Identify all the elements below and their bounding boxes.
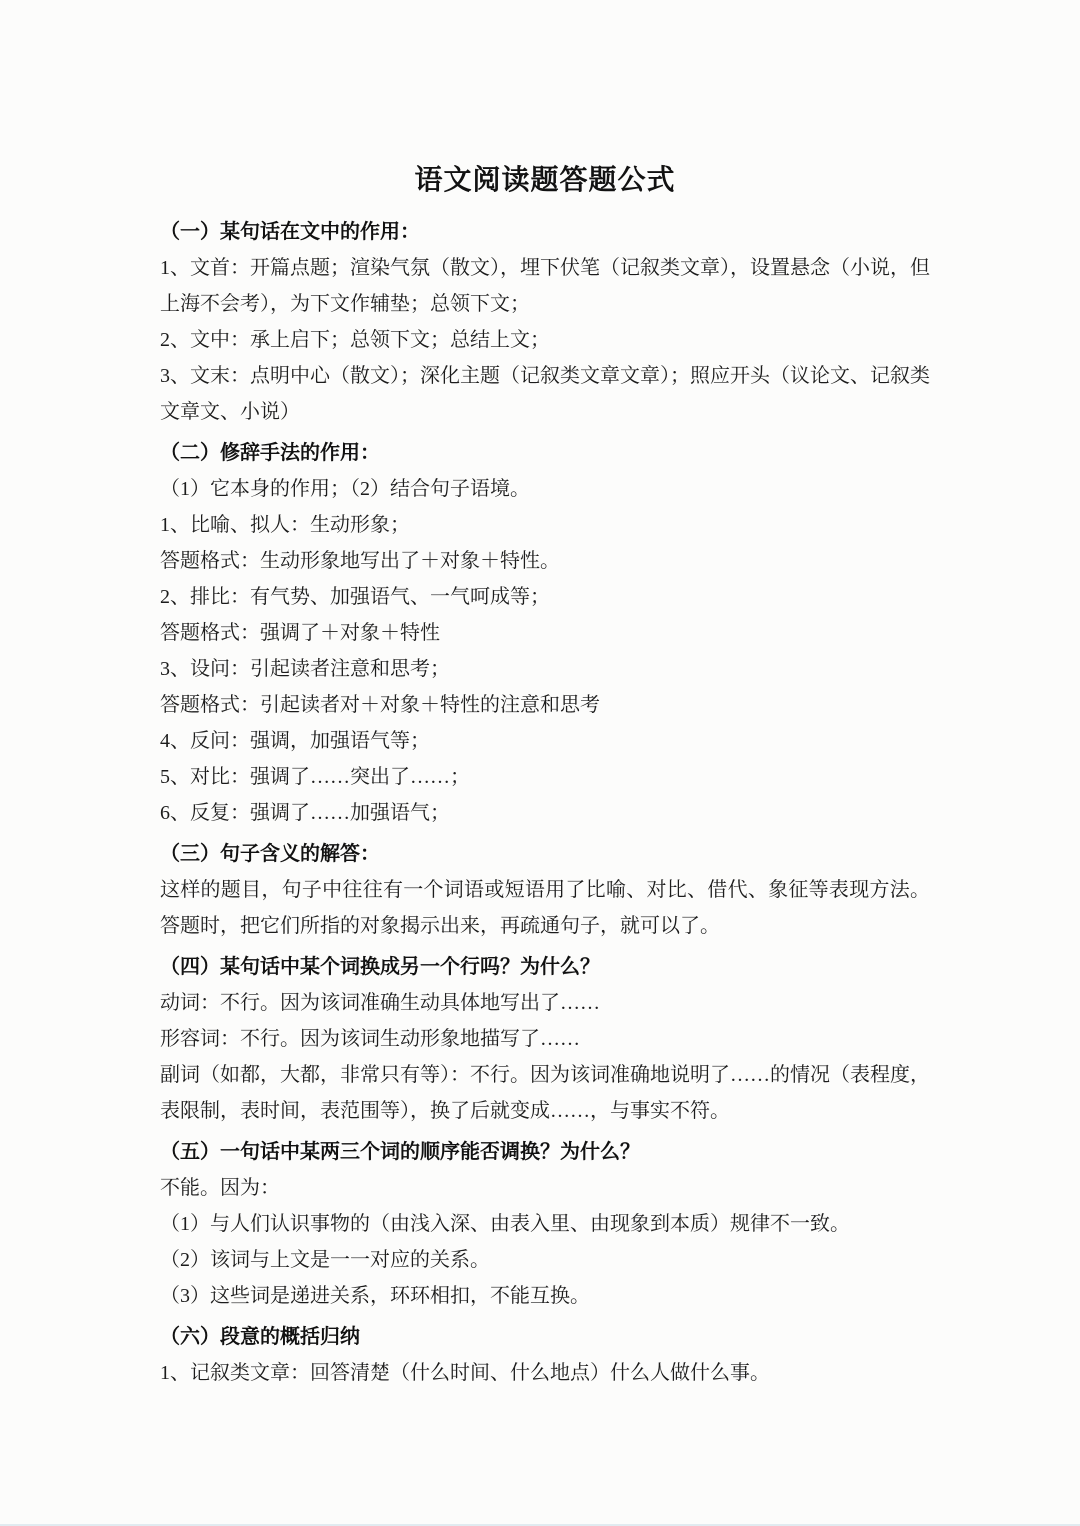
paragraph: （1）与人们认识事物的（由浅入深、由表入里、由现象到本质）规律不一致。 <box>160 1206 930 1242</box>
document-body: （一）某句话在文中的作用：1、文首：开篇点题；渲染气氛（散文），埋下伏笔（记叙类… <box>160 214 930 1391</box>
section-heading: （三）句子含义的解答： <box>160 836 930 872</box>
paragraph: 1、文首：开篇点题；渲染气氛（散文），埋下伏笔（记叙类文章），设置悬念（小说，但… <box>160 250 930 322</box>
document-title: 语文阅读题答题公式 <box>160 160 930 202</box>
paragraph: 1、记叙类文章：回答清楚（什么时间、什么地点）什么人做什么事。 <box>160 1355 930 1391</box>
paragraph: 6、反复：强调了……加强语气； <box>160 795 930 831</box>
paragraph: 4、反问：强调，加强语气等； <box>160 723 930 759</box>
paragraph: 2、文中：承上启下；总领下文；总结上文； <box>160 322 930 358</box>
paragraph: 动词：不行。因为该词准确生动具体地写出了…… <box>160 985 930 1021</box>
paragraph: 5、对比：强调了……突出了……； <box>160 759 930 795</box>
paragraph: 1、比喻、拟人：生动形象； <box>160 507 930 543</box>
paragraph: （1）它本身的作用；（2）结合句子语境。 <box>160 471 930 507</box>
section-heading: （五）一句话中某两三个词的顺序能否调换？为什么？ <box>160 1134 930 1170</box>
paragraph: （3）这些词是递进关系，环环相扣，不能互换。 <box>160 1278 930 1314</box>
paragraph: 答题格式：强调了＋对象＋特性 <box>160 615 930 651</box>
paragraph: 2、排比：有气势、加强语气、一气呵成等； <box>160 579 930 615</box>
paragraph: 形容词：不行。因为该词生动形象地描写了…… <box>160 1021 930 1057</box>
paragraph: 答题格式：引起读者对＋对象＋特性的注意和思考 <box>160 687 930 723</box>
section-heading: （一）某句话在文中的作用： <box>160 214 930 250</box>
paragraph: 不能。因为： <box>160 1170 930 1206</box>
paragraph: 这样的题目，句子中往往有一个词语或短语用了比喻、对比、借代、象征等表现方法。答题… <box>160 872 930 944</box>
section-heading: （六）段意的概括归纳 <box>160 1319 930 1355</box>
paragraph: 3、设问：引起读者注意和思考； <box>160 651 930 687</box>
paragraph: （2）该词与上文是一一对应的关系。 <box>160 1242 930 1278</box>
section-heading: （二）修辞手法的作用： <box>160 435 930 471</box>
paragraph: 副词（如都，大都，非常只有等）：不行。因为该词准确地说明了……的情况（表程度，表… <box>160 1057 930 1129</box>
document-page: 语文阅读题答题公式 （一）某句话在文中的作用：1、文首：开篇点题；渲染气氛（散文… <box>0 0 1080 1526</box>
section-heading: （四）某句话中某个词换成另一个行吗？为什么？ <box>160 949 930 985</box>
document-content: 语文阅读题答题公式 （一）某句话在文中的作用：1、文首：开篇点题；渲染气氛（散文… <box>160 160 930 1391</box>
paragraph: 答题格式：生动形象地写出了＋对象＋特性。 <box>160 543 930 579</box>
paragraph: 3、文末：点明中心（散文）；深化主题（记叙类文章文章）；照应开头（议论文、记叙类… <box>160 358 930 430</box>
